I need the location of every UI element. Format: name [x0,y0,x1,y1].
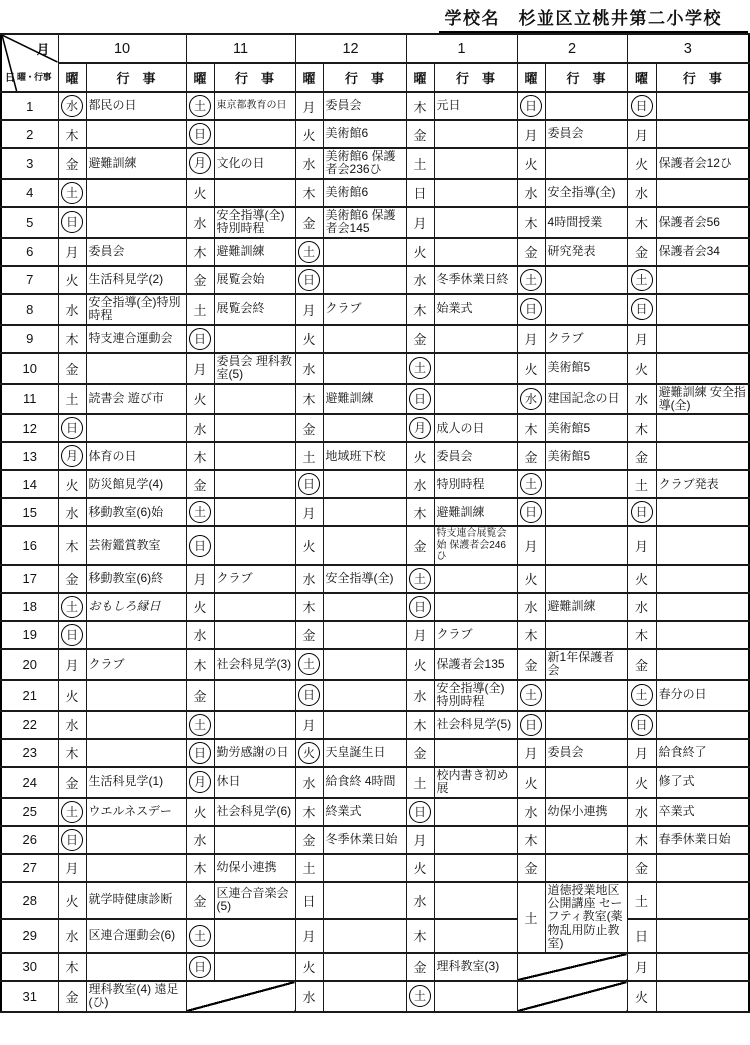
weekday-cell: 土 [406,981,434,1012]
day-number: 28 [1,882,58,919]
weekday-cell: 月 [517,739,545,767]
event-cell: 幼保小連携 [214,854,295,882]
event-cell [434,826,517,854]
event-cell: 文化の日 [214,148,295,179]
day-row: 22水土月木社会科見学(5)日日 [1,711,749,739]
event-cell: クラブ [545,325,627,353]
weekday-cell: 月 [406,621,434,649]
weekday-cell: 日 [627,92,656,120]
corner-month-label: 月 [36,39,49,58]
weekday-cell: 月 [295,711,323,739]
weekday-cell: 火 [406,854,434,882]
event-cell: 保護者会56 [656,207,749,238]
day-number: 15 [1,498,58,526]
holiday-circle: 日 [189,123,211,145]
weekday-cell: 金 [58,565,86,593]
holiday-circle: 日 [409,388,431,410]
holiday-circle: 土 [189,925,211,947]
event-cell [214,442,295,470]
weekday-cell: 土 [406,148,434,179]
day-number: 4 [1,179,58,207]
month-header-1: 1 [406,34,517,63]
weekday-cell: 火 [58,266,86,294]
weekday-cell: 日 [186,526,214,565]
holiday-circle: 月 [409,417,431,439]
event-cell [323,953,406,981]
day-number: 16 [1,526,58,565]
day-row: 13月体育の日木土地域班下校火委員会金美術館5金 [1,442,749,470]
event-cell: 幼保小連携 [545,798,627,826]
day-number: 13 [1,442,58,470]
event-cell [434,739,517,767]
event-cell [86,953,186,981]
event-cell [323,238,406,266]
weekday-cell: 日 [58,826,86,854]
event-cell [656,442,749,470]
event-cell [86,711,186,739]
holiday-circle: 日 [298,473,320,495]
weekday-cell: 木 [517,826,545,854]
day-row: 14火防災館見学(4)金日水特別時程土土クラブ発表 [1,470,749,498]
event-cell [214,919,295,953]
event-cell: 保護者会12ひ [656,148,749,179]
event-cell: 道徳授業地区公開講座 セーフティ教室(薬物乱用防止教室) [545,882,627,953]
weekday-cell: 金 [406,325,434,353]
weekday-cell: 月 [627,325,656,353]
event-cell: 美術館5 [545,414,627,442]
event-cell: 生活科見学(1) [86,767,186,798]
event-cell: 安全指導(全)特別時程 [86,294,186,325]
event-cell [86,680,186,711]
event-cell: 避難訓練 [434,498,517,526]
weekday-cell: 月 [295,294,323,325]
day-number: 27 [1,854,58,882]
day-number: 11 [1,384,58,415]
event-column-header: 行 事 [86,63,186,92]
day-row: 20月クラブ木社会科見学(3)土火保護者会135金新1年保護者会金 [1,649,749,680]
event-cell: 委員会 理科教室(5) [214,353,295,384]
weekday-cell: 水 [186,207,214,238]
day-row: 1水都民の日土東京都教育の日月委員会木元日日日 [1,92,749,120]
holiday-circle: 土 [409,985,431,1007]
event-cell [656,565,749,593]
weekday-cell: 月 [58,854,86,882]
event-cell: 読書会 遊び市 [86,384,186,415]
weekday-cell: 土 [186,711,214,739]
day-number: 10 [1,353,58,384]
weekday-cell: 土 [58,179,86,207]
weekday-cell: 金 [58,767,86,798]
weekday-column-header: 曜 [517,63,545,92]
weekday-cell: 土 [58,593,86,621]
scanned-school-schedule: 学校名 杉並区立桃井第二小学校 月 日 曜・行事 [0,0,750,1045]
day-row: 16木芸術鑑賞教室日火金特支連合展覧会始 保護者会246ひ月月 [1,526,749,565]
weekday-cell: 月 [406,414,434,442]
event-cell: 元日 [434,92,517,120]
event-cell [656,882,749,919]
weekday-cell: 金 [406,739,434,767]
weekday-cell: 木 [517,414,545,442]
day-number: 14 [1,470,58,498]
event-cell [214,680,295,711]
event-cell: 生活科見学(2) [86,266,186,294]
weekday-cell: 木 [627,207,656,238]
corner-day-label: 日 [5,69,15,84]
event-cell: 理科教室(3) [434,953,517,981]
event-cell [656,593,749,621]
event-cell: 給食終了 [656,739,749,767]
weekday-cell: 日 [186,739,214,767]
weekday-cell: 火 [517,565,545,593]
event-cell: ウエルネスデー [86,798,186,826]
weekday-cell: 木 [517,621,545,649]
day-row: 28火就学時健康診断金区連合音楽会(5)日水土道徳授業地区公開講座 セーフティ教… [1,882,749,919]
weekday-cell: 日 [406,384,434,415]
weekday-cell: 火 [295,120,323,148]
weekday-cell: 日 [517,498,545,526]
event-cell [214,593,295,621]
holiday-circle: 日 [61,624,83,646]
event-cell [434,981,517,1012]
weekday-cell: 水 [186,621,214,649]
corner-cell: 月 日 曜・行事 [1,34,58,92]
weekday-cell: 土 [186,294,214,325]
weekday-cell: 水 [58,919,86,953]
event-cell [545,266,627,294]
corner-sub-label: 曜・行事 [17,70,51,83]
month-header-2: 2 [517,34,627,63]
event-cell [214,414,295,442]
event-cell: 4時間授業 [545,207,627,238]
day-number: 21 [1,680,58,711]
day-number: 25 [1,798,58,826]
holiday-circle: 土 [61,801,83,823]
event-cell [656,179,749,207]
weekday-cell: 木 [406,919,434,953]
event-cell: 美術館6 保護者会236ひ [323,148,406,179]
weekday-cell: 土 [627,680,656,711]
weekday-cell: 火 [295,739,323,767]
weekday-cell: 日 [186,953,214,981]
event-cell [545,498,627,526]
event-cell [323,470,406,498]
event-cell [656,953,749,981]
event-cell [86,854,186,882]
event-cell [656,294,749,325]
weekday-cell: 土 [627,882,656,919]
weekday-cell: 水 [517,593,545,621]
event-cell: 保護者会34 [656,238,749,266]
weekday-cell: 金 [627,442,656,470]
holiday-circle: 日 [520,714,542,736]
event-cell: 建国記念の日 [545,384,627,415]
event-column-header: 行 事 [434,63,517,92]
weekday-column-header: 曜 [627,63,656,92]
schedule-table: 月 日 曜・行事 101112123 曜行 事曜行 事曜行 事曜行 事曜行 事曜… [0,33,750,1013]
weekday-column-header: 曜 [406,63,434,92]
event-cell [86,353,186,384]
event-cell [214,384,295,415]
holiday-circle: 日 [61,417,83,439]
event-cell [434,798,517,826]
holiday-circle: 土 [520,269,542,291]
weekday-cell: 水 [517,179,545,207]
event-cell [214,179,295,207]
event-cell [656,854,749,882]
weekday-cell: 金 [406,953,434,981]
holiday-circle: 火 [298,742,320,764]
day-row: 26日水金冬季休業日始月木木春季休業日始 [1,826,749,854]
weekday-cell: 火 [58,470,86,498]
event-cell [545,294,627,325]
event-cell [434,919,517,953]
empty-diagonal-cell [186,981,295,1012]
event-cell: 安全指導(全)特別時程 [434,680,517,711]
weekday-cell: 土 [406,767,434,798]
event-cell [323,526,406,565]
weekday-cell: 火 [295,526,323,565]
day-number: 24 [1,767,58,798]
day-number: 30 [1,953,58,981]
event-cell: 安全指導(全)特別時程 [214,207,295,238]
holiday-circle: 土 [61,596,83,618]
event-cell: 理科教室(4) 遠足(ひ) [86,981,186,1012]
weekday-cell: 土 [58,384,86,415]
weekday-cell: 月 [186,767,214,798]
weekday-cell: 日 [58,414,86,442]
weekday-cell: 火 [406,238,434,266]
weekday-cell: 木 [295,179,323,207]
event-cell: 社会科見学(5) [434,711,517,739]
weekday-cell: 土 [406,565,434,593]
event-cell [214,711,295,739]
holiday-circle: 土 [520,473,542,495]
weekday-cell: 水 [627,384,656,415]
weekday-cell: 木 [58,325,86,353]
holiday-circle: 日 [520,95,542,117]
event-cell [656,649,749,680]
event-cell [323,649,406,680]
weekday-cell: 火 [406,442,434,470]
event-cell: 新1年保護者会 [545,649,627,680]
weekday-cell: 土 [186,92,214,120]
event-cell: 保護者会135 [434,649,517,680]
weekday-cell: 火 [406,649,434,680]
event-cell [545,826,627,854]
weekday-cell: 金 [295,826,323,854]
day-number: 6 [1,238,58,266]
weekday-cell: 木 [406,92,434,120]
holiday-circle: 日 [631,95,653,117]
weekday-cell: 金 [186,266,214,294]
day-number: 29 [1,919,58,953]
event-cell: 成人の日 [434,414,517,442]
weekday-cell: 日 [627,498,656,526]
weekday-cell: 火 [517,353,545,384]
holiday-circle: 水 [61,95,83,117]
event-cell: 委員会 [434,442,517,470]
weekday-cell: 火 [517,767,545,798]
event-cell: 都民の日 [86,92,186,120]
event-cell [86,120,186,148]
weekday-cell: 土 [517,882,545,953]
day-number: 17 [1,565,58,593]
weekday-cell: 月 [186,353,214,384]
event-cell: 移動教室(6)始 [86,498,186,526]
weekday-cell: 金 [517,854,545,882]
weekday-cell: 金 [58,353,86,384]
holiday-circle: 土 [409,568,431,590]
weekday-cell: 水 [406,882,434,919]
weekday-cell: 木 [58,739,86,767]
holiday-circle: 日 [631,501,653,523]
event-cell [656,414,749,442]
holiday-circle: 月 [189,771,211,793]
event-cell: 区連合運動会(6) [86,919,186,953]
weekday-cell: 木 [627,414,656,442]
weekday-cell: 水 [58,498,86,526]
weekday-cell: 日 [517,294,545,325]
weekday-cell: 水 [406,680,434,711]
day-number: 8 [1,294,58,325]
event-cell: クラブ [86,649,186,680]
event-cell: 避難訓練 安全指導(全) [656,384,749,415]
weekday-cell: 金 [295,414,323,442]
event-cell: 冬季休業日終 [434,266,517,294]
weekday-cell: 木 [517,207,545,238]
weekday-cell: 月 [295,92,323,120]
weekday-cell: 水 [186,414,214,442]
weekday-cell: 火 [295,325,323,353]
event-cell [656,498,749,526]
day-row: 6月委員会木避難訓練土火金研究発表金保護者会34 [1,238,749,266]
event-cell [86,179,186,207]
day-row: 4土火木美術館6日水安全指導(全)水 [1,179,749,207]
event-cell [545,92,627,120]
holiday-circle: 水 [520,388,542,410]
holiday-circle: 日 [520,501,542,523]
event-cell [434,593,517,621]
weekday-cell: 日 [627,294,656,325]
weekday-cell: 月 [295,919,323,953]
event-cell: 特別時程 [434,470,517,498]
weekday-cell: 月 [58,442,86,470]
weekday-cell: 月 [517,526,545,565]
holiday-circle: 土 [409,357,431,379]
event-cell [434,565,517,593]
event-cell: 避難訓練 [323,384,406,415]
event-cell [214,526,295,565]
weekday-cell: 土 [295,854,323,882]
weekday-cell: 月 [627,526,656,565]
holiday-circle: 日 [61,829,83,851]
event-cell [323,882,406,919]
day-number: 20 [1,649,58,680]
event-cell [656,120,749,148]
weekday-cell: 火 [58,882,86,919]
weekday-cell: 木 [186,442,214,470]
weekday-cell: 月 [406,207,434,238]
event-cell [86,621,186,649]
weekday-cell: 日 [406,593,434,621]
weekday-cell: 金 [186,882,214,919]
weekday-cell: 月 [627,739,656,767]
event-cell: 給食終 4時間 [323,767,406,798]
event-cell: 委員会 [323,92,406,120]
event-cell: 芸術鑑賞教室 [86,526,186,565]
event-cell [656,92,749,120]
weekday-cell: 木 [58,526,86,565]
holiday-circle: 日 [409,596,431,618]
weekday-cell: 月 [295,498,323,526]
weekday-cell: 金 [295,621,323,649]
weekday-cell: 月 [58,238,86,266]
event-cell: クラブ [434,621,517,649]
day-row: 31金理科教室(4) 遠足(ひ)水土火 [1,981,749,1012]
event-cell: 春季休業日始 [656,826,749,854]
holiday-circle: 月 [61,445,83,467]
weekday-cell: 月 [186,565,214,593]
weekday-cell: 水 [627,593,656,621]
column-header-row: 曜行 事曜行 事曜行 事曜行 事曜行 事曜行 事 [1,63,749,92]
holiday-circle: 日 [631,298,653,320]
day-row: 30木日火金理科教室(3)月 [1,953,749,981]
weekday-cell: 水 [627,798,656,826]
event-cell [214,325,295,353]
day-number: 22 [1,711,58,739]
weekday-cell: 水 [295,148,323,179]
weekday-cell: 木 [186,238,214,266]
weekday-cell: 木 [186,854,214,882]
event-cell: 地域班下校 [323,442,406,470]
holiday-circle: 日 [520,298,542,320]
day-row: 27月木幼保小連携土火金金 [1,854,749,882]
weekday-cell: 水 [58,294,86,325]
weekday-cell: 水 [295,981,323,1012]
weekday-cell: 金 [406,526,434,565]
event-cell [86,207,186,238]
weekday-cell: 水 [58,92,86,120]
weekday-cell: 日 [58,207,86,238]
weekday-cell: 水 [295,353,323,384]
weekday-cell: 火 [627,565,656,593]
day-row: 9木特支連合運動会日火金月クラブ月 [1,325,749,353]
weekday-cell: 月 [58,649,86,680]
weekday-cell: 木 [295,593,323,621]
day-row: 7火生活科見学(2)金展覧会始日水冬季休業日終土土 [1,266,749,294]
weekday-cell: 水 [406,470,434,498]
day-row: 3金避難訓練月文化の日水美術館6 保護者会236ひ土火火保護者会12ひ [1,148,749,179]
day-number: 31 [1,981,58,1012]
weekday-cell: 土 [295,442,323,470]
event-cell: クラブ [323,294,406,325]
weekday-cell: 土 [517,470,545,498]
weekday-cell: 火 [295,953,323,981]
holiday-circle: 日 [409,801,431,823]
day-number: 26 [1,826,58,854]
weekday-cell: 水 [295,565,323,593]
day-number: 5 [1,207,58,238]
event-cell [656,266,749,294]
month-header-10: 10 [58,34,186,63]
weekday-cell: 日 [517,92,545,120]
event-cell [545,767,627,798]
event-cell [86,826,186,854]
event-cell [545,680,627,711]
event-cell: 体育の日 [86,442,186,470]
event-cell [434,384,517,415]
day-number: 19 [1,621,58,649]
